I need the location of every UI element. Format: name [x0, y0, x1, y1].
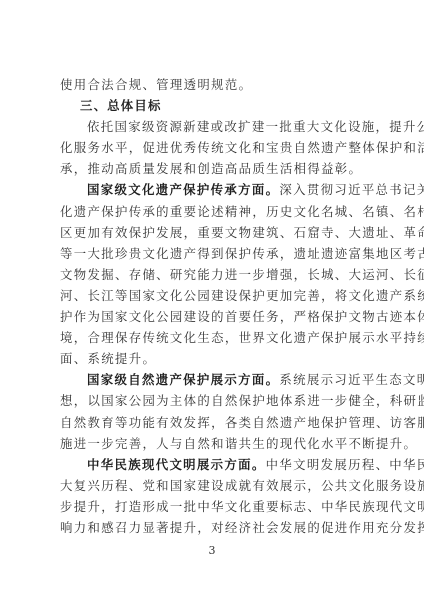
line-text: 依托国家级资源新建或改扩建一批重大文化设施，提升公共文	[87, 119, 424, 134]
line-text: 境，合理保存传统文化生态，世界文化遗产保护展示水平持续、全	[60, 330, 424, 345]
paragraph-line: 国家级文化遗产保护传承方面。深入贯彻习近平总书记关于文	[60, 179, 365, 200]
paragraph-line: 承，推动高质量发展和创造高品质生活相得益彰。	[60, 158, 365, 179]
paragraph-line: 护作为国家文化公园建设的首要任务，严格保护文物古迹本体及环	[60, 306, 365, 327]
paragraph-line: 国家级自然遗产保护展示方面。系统展示习近平生态文明思	[60, 369, 365, 390]
paragraph-line: 自然教育等功能有效发挥，各类自然遗产地保护管理、访客服务设	[60, 412, 365, 433]
paragraph-line: 区更加有效保护发展，重要文物建筑、石窟寺、大遗址、革命文物	[60, 222, 365, 243]
line-text: 深入贯彻习近平总书记关于文	[279, 182, 424, 197]
paragraph-line: 施进一步完善，人与自然和谐共生的现代化水平不断提升。	[60, 433, 365, 454]
line-text: 河、长江等国家文化公园建设保护更加完善，将文化遗产系统性保	[60, 288, 424, 303]
paragraph-line: 境，合理保存传统文化生态，世界文化遗产保护展示水平持续、全	[60, 327, 365, 348]
document-page: 使用合法合规、管理透明规范。 三、总体目标 依托国家级资源新建或改扩建一批重大文…	[0, 0, 424, 600]
paragraph-line: 想，以国家公园为主体的自然保护地体系进一步健全，科研监测、	[60, 390, 365, 411]
paragraph-line: 化遗产保护传承的重要论述精神，历史文化名城、名镇、名村和街	[60, 201, 365, 222]
line-text: 护作为国家文化公园建设的首要任务，严格保护文物古迹本体及环	[60, 309, 424, 324]
paragraph-line: 响力和感召力显著提升，对经济社会发展的促进作用充分发挥。	[60, 517, 365, 538]
line-text: 等一大批珍贵文化遗产得到保护传承，遗址遗迹富集地区考古机构	[60, 246, 424, 261]
line-text: 自然教育等功能有效发挥，各类自然遗产地保护管理、访客服务设	[60, 415, 424, 430]
line-text: 施进一步完善，人与自然和谐共生的现代化水平不断提升。	[60, 436, 417, 451]
line-text: 想，以国家公园为主体的自然保护地体系进一步健全，科研监测、	[60, 393, 424, 408]
paragraph-lead: 中华民族现代文明展示方面。	[87, 457, 266, 472]
paragraph-line: 化服务水平，促进优秀传统文化和宝贵自然遗产整体保护和活态传	[60, 137, 365, 158]
paragraph-line: 步提升，打造形成一批中华文化重要标志、中华民族现代文明的影	[60, 496, 365, 517]
line-text: 承，推动高质量发展和创造高品质生活相得益彰。	[60, 161, 362, 176]
paragraph-lead: 国家级文化遗产保护传承方面。	[87, 182, 279, 197]
line-text: 面、系统提升。	[60, 351, 156, 366]
paragraph-line: 中华民族现代文明展示方面。中华文明发展历程、中华民族伟	[60, 454, 365, 475]
line-text: 使用合法合规、管理透明规范。	[60, 77, 252, 92]
section-heading: 三、总体目标	[60, 95, 365, 116]
paragraph-line: 文物发掘、存储、研究能力进一步增强，长城、大运河、长征、黄	[60, 264, 365, 285]
line-text: 步提升，打造形成一批中华文化重要标志、中华民族现代文明的影	[60, 499, 424, 514]
line-text: 区更加有效保护发展，重要文物建筑、石窟寺、大遗址、革命文物	[60, 225, 424, 240]
page-number: 3	[0, 544, 424, 557]
line-text: 中华文明发展历程、中华民族伟	[266, 457, 424, 472]
heading-text: 三、总体目标	[80, 98, 162, 113]
paragraph-line: 河、长江等国家文化公园建设保护更加完善，将文化遗产系统性保	[60, 285, 365, 306]
paragraph-line: 使用合法合规、管理透明规范。	[60, 74, 365, 95]
paragraph-line: 大复兴历程、党和国家建设成就有效展示，公共文化服务设施进一	[60, 475, 365, 496]
page-body: 使用合法合规、管理透明规范。 三、总体目标 依托国家级资源新建或改扩建一批重大文…	[60, 74, 365, 538]
line-text: 响力和感召力显著提升，对经济社会发展的促进作用充分发挥。	[60, 520, 424, 535]
paragraph-lead: 国家级自然遗产保护展示方面。	[87, 372, 279, 387]
line-text: 化遗产保护传承的重要论述精神，历史文化名城、名镇、名村和街	[60, 204, 424, 219]
paragraph-line: 面、系统提升。	[60, 348, 365, 369]
line-text: 系统展示习近平生态文明思	[279, 372, 424, 387]
paragraph-line: 依托国家级资源新建或改扩建一批重大文化设施，提升公共文	[60, 116, 365, 137]
paragraph-line: 等一大批珍贵文化遗产得到保护传承，遗址遗迹富集地区考古机构	[60, 243, 365, 264]
line-text: 大复兴历程、党和国家建设成就有效展示，公共文化服务设施进一	[60, 478, 424, 493]
line-text: 文物发掘、存储、研究能力进一步增强，长城、大运河、长征、黄	[60, 267, 424, 282]
line-text: 化服务水平，促进优秀传统文化和宝贵自然遗产整体保护和活态传	[60, 140, 424, 155]
